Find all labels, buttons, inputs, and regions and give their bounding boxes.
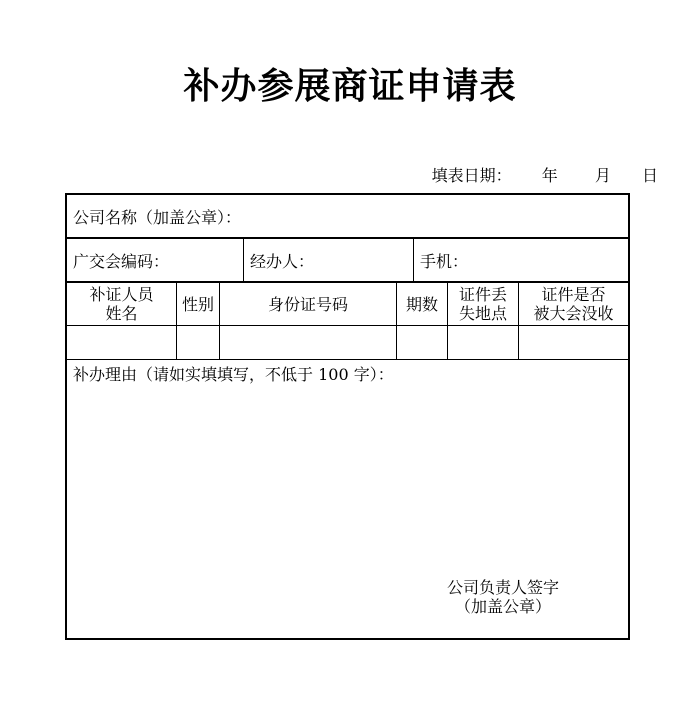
person-table-entry-row [67,326,628,360]
reason-label: 补办理由（请如实填填写，不低于 100 字）： [67,360,628,385]
canton-fair-code-cell[interactable]: 广交会编码： [67,239,244,281]
input-id-number[interactable] [220,326,397,359]
header-loss-location: 证件丢 失地点 [448,283,519,325]
header-gender: 性别 [177,283,220,325]
date-year-label: 年 [542,166,558,185]
handler-label: 经办人： [250,249,314,272]
header-confiscated: 证件是否 被大会没收 [519,283,628,325]
mobile-label: 手机： [420,249,468,272]
reason-cell[interactable]: 补办理由（请如实填填写，不低于 100 字）： 公司负责人签字 （加盖公章） [67,360,628,638]
signature-block: 公司负责人签字 （加盖公章） [378,578,628,616]
person-table-header-row: 补证人员 姓名 性别 身份证号码 期数 证件丢 失地点 证件是否 被大会没收 [67,283,628,326]
header-phase: 期数 [397,283,448,325]
date-day-label: 日 [642,166,658,185]
reason-row: 补办理由（请如实填填写，不低于 100 字）： 公司负责人签字 （加盖公章） [67,360,628,638]
mobile-cell[interactable]: 手机： [414,239,628,281]
date-month-label: 月 [595,166,611,185]
application-table: 公司名称（加盖公章）： 广交会编码： 经办人： 手机： 补证人员 姓名 性别 身… [65,193,630,640]
input-confiscated[interactable] [519,326,628,359]
info-row: 广交会编码： 经办人： 手机： [67,239,628,283]
application-form-page: 补办参展商证申请表 填表日期： 年 月 日 公司名称（加盖公章）： 广交会编码：… [0,0,700,710]
form-title: 补办参展商证申请表 [0,58,700,109]
header-id-number: 身份证号码 [220,283,397,325]
signature-line-1: 公司负责人签字 [378,578,628,597]
canton-fair-code-label: 广交会编码： [73,249,169,272]
company-name-cell[interactable]: 公司名称（加盖公章）： [67,195,628,237]
header-person-name: 补证人员 姓名 [67,283,177,325]
company-name-label: 公司名称（加盖公章）： [73,205,241,228]
fill-date-line: 填表日期： 年 月 日 [432,163,658,186]
input-loss-location[interactable] [448,326,519,359]
company-name-row: 公司名称（加盖公章）： [67,195,628,239]
input-phase[interactable] [397,326,448,359]
handler-cell[interactable]: 经办人： [244,239,414,281]
signature-line-2: （加盖公章） [378,597,628,616]
input-gender[interactable] [177,326,220,359]
fill-date-label: 填表日期： [432,166,512,185]
input-person-name[interactable] [67,326,177,359]
